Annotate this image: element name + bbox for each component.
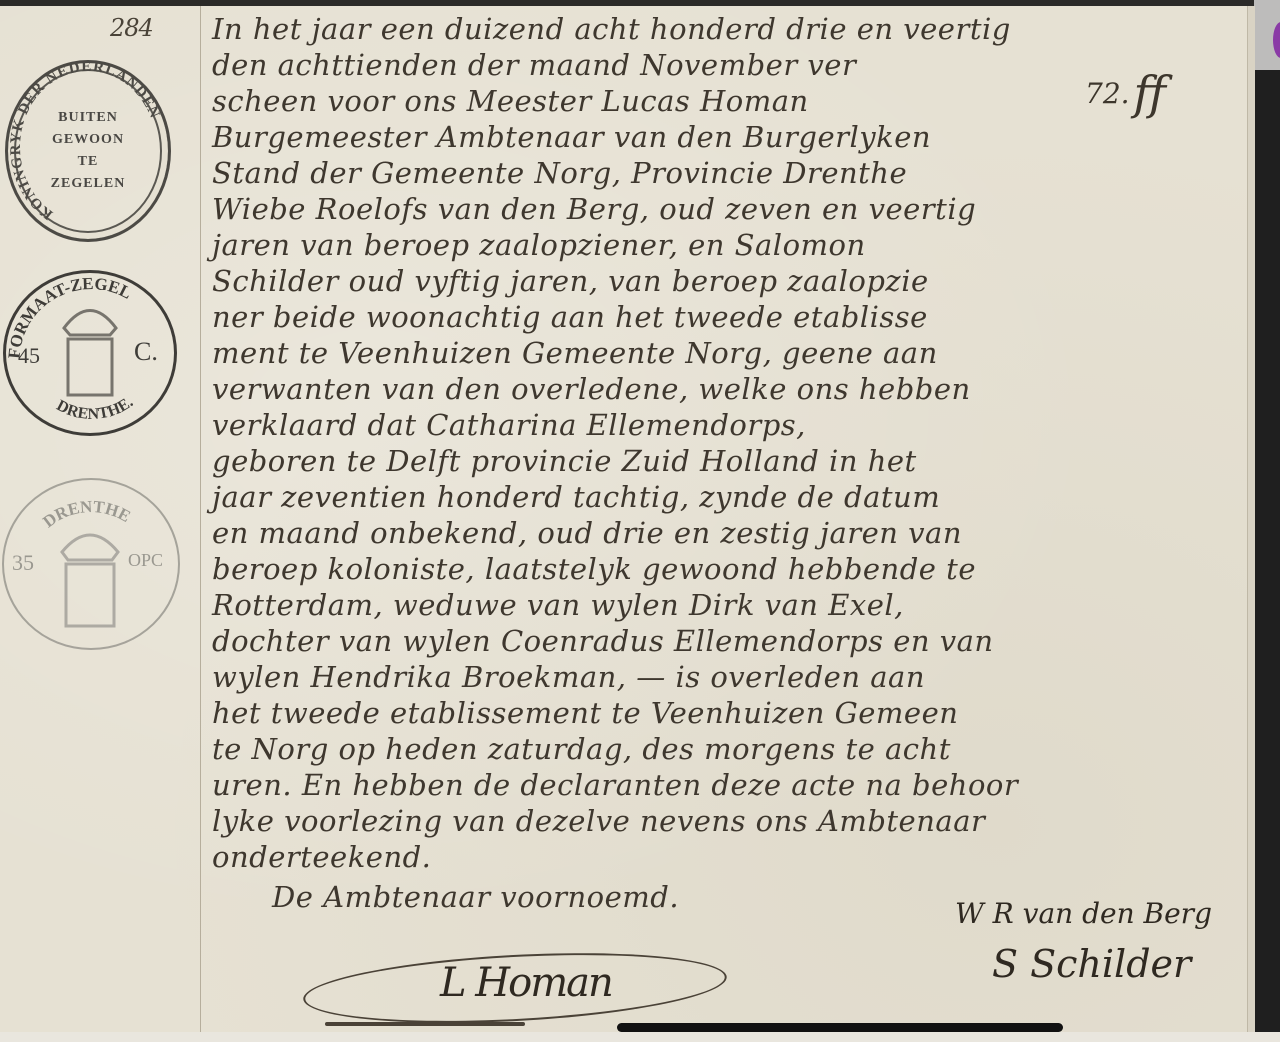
- closing-line: De Ambtenaar voornoemd.: [272, 880, 679, 914]
- bottom-strip: [0, 1032, 1280, 1042]
- body-line: en maand onbekend, oud drie en zestig ja…: [212, 516, 962, 550]
- stamp-center-text: BUITEN GEWOON TE ZEGELEN: [32, 107, 144, 195]
- body-line: verwanten van den overledene, welke ons …: [212, 372, 971, 406]
- svg-text:DRENTHE: DRENTHE: [39, 497, 134, 531]
- margin-note-symbol: ff: [1134, 66, 1167, 120]
- signature-official: L Homan: [440, 960, 612, 1006]
- body-line: beroep koloniste, laatstelyk gewoond heb…: [212, 552, 976, 586]
- body-line: Schilder oud vyftig jaren, van beroep za…: [212, 264, 929, 298]
- signature-underline: [325, 1022, 525, 1026]
- signature-witness-1: W R van den Berg: [955, 897, 1212, 930]
- body-line: Wiebe Roelofs van den Berg, oud zeven en…: [212, 192, 976, 226]
- stamp-unit: OPC: [128, 550, 163, 571]
- page-edge: [1247, 6, 1255, 1032]
- right-dark-border: [1254, 70, 1280, 1042]
- svg-text:DRENTHE.: DRENTHE.: [54, 394, 137, 423]
- body-line: Stand der Gemeente Norg, Provincie Drent…: [212, 156, 907, 190]
- margin-rule: [200, 6, 201, 1032]
- crown-icon: [62, 535, 118, 626]
- body-line: scheen voor ons Meester Lucas Homan: [212, 84, 809, 118]
- body-line: onderteekend.: [212, 840, 431, 874]
- crown-icon: [64, 311, 116, 396]
- body-line: het tweede etablissement te Veenhuizen G…: [212, 696, 958, 730]
- body-line: ner beide woonachtig aan het tweede etab…: [212, 300, 928, 334]
- body-line: wylen Hendrika Broekman, — is overleden …: [212, 660, 925, 694]
- body-line: jaar zeventien honderd tachtig, zynde de…: [212, 480, 940, 514]
- margin-note: 72.ff: [1085, 60, 1166, 114]
- stamp-value: 45: [18, 343, 40, 369]
- body-line: jaren van beroep zaalopziener, en Salomo…: [212, 228, 866, 262]
- stamp-unit: C.: [134, 337, 158, 367]
- body-line: uren. En hebben de declaranten deze acte…: [212, 768, 1018, 802]
- body-line: te Norg op heden zaturdag, des morgens t…: [212, 732, 951, 766]
- body-line: In het jaar een duizend acht honderd dri…: [212, 12, 1011, 46]
- body-line: dochter van wylen Coenradus Ellemendorps…: [212, 624, 994, 658]
- body-line: Burgemeester Ambtenaar van den Burgerlyk…: [212, 120, 931, 154]
- margin-note-number: 72.: [1085, 77, 1130, 110]
- buitengewoon-stamp: KONINGRYK DER NEDERLANDEN BUITEN GEWOON …: [5, 60, 171, 242]
- body-line: ment te Veenhuizen Gemeente Norg, geene …: [212, 336, 938, 370]
- body-line: lyke voorlezing van dezelve nevens ons A…: [212, 804, 985, 838]
- body-line: den achttienden der maand November ver: [212, 48, 856, 82]
- body-line: geboren te Delft provincie Zuid Holland …: [212, 444, 917, 478]
- stamp-value: 35: [12, 550, 34, 576]
- folio-number: 284: [110, 14, 153, 42]
- drenthe-stamp: DRENTHE 35 OPC: [2, 478, 180, 650]
- body-line: verklaard dat Catharina Ellemendorps,: [212, 408, 806, 442]
- signature-witness-2: S Schilder: [992, 942, 1191, 986]
- body-line: Rotterdam, weduwe van wylen Dirk van Exe…: [212, 588, 904, 622]
- home-indicator-bar[interactable]: [617, 1023, 1063, 1032]
- formaat-zegel-stamp: FORMAAT-ZEGEL DRENTHE. 45 C.: [3, 270, 177, 436]
